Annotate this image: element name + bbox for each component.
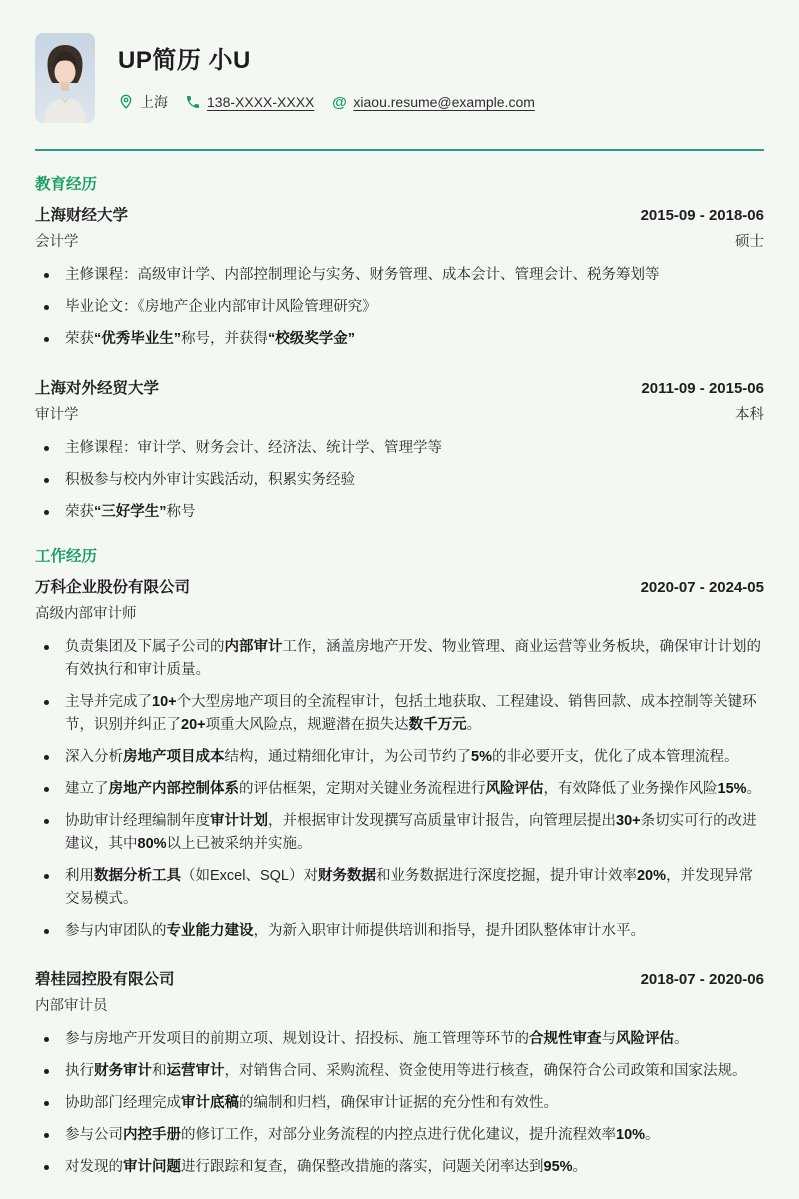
role-or-major: 内部审计员: [35, 994, 108, 1015]
bullet-item: 参与房地产开发项目的前期立项、规划设计、招投标、施工管理等环节的合规性审查与风险…: [35, 1028, 764, 1051]
bullet-item: 毕业论文：《房地产企业内部审计风险管理研究》: [35, 296, 764, 319]
bullet-item: 荣获“优秀毕业生”称号，并获得“校级奖学金”: [35, 328, 764, 351]
section-entries: 上海财经大学 2015-09 - 2018-06 会计学 硕士 主修课程：高级审…: [35, 203, 764, 523]
phone-link[interactable]: 138-XXXX-XXXX: [185, 94, 314, 110]
bullet-item: 参与公司内控手册的修订工作，对部分业务流程的内控点进行优化建议，提升流程效率10…: [35, 1124, 764, 1147]
entry-sub-row: 内部审计员: [35, 994, 764, 1015]
section-title: 教育经历: [35, 172, 764, 194]
bullet-item: 对发现的审计问题进行跟踪和复查，确保整改措施的落实，问题关闭率达到95%。: [35, 1156, 764, 1179]
bullet-item: 协助部门经理完成审计底稿的编制和归档，确保审计证据的充分性和有效性。: [35, 1092, 764, 1115]
bullet-text: 参与房地产开发项目的前期立项、规划设计、招投标、施工管理等环节的合规性审查与风险…: [65, 1031, 689, 1047]
experience-entry: 万科企业股份有限公司 2020-07 - 2024-05 高级内部审计师 负责集…: [35, 575, 764, 942]
date-range: 2020-07 - 2024-05: [641, 579, 764, 596]
bullet-text: 主导并完成了10+个大型房地产项目的全流程审计，包括土地获取、工程建设、销售回款…: [65, 694, 757, 733]
organization-name: 上海对外经贸大学: [35, 376, 159, 398]
bullet-list: 主修课程：高级审计学、内部控制理论与实务、财务管理、成本会计、管理会计、税务筹划…: [35, 264, 764, 351]
bullet-text: 对发现的审计问题进行跟踪和复查，确保整改措施的落实，问题关闭率达到95%。: [65, 1159, 587, 1175]
bullet-item: 深入分析房地产项目成本结构，通过精细化审计，为公司节约了5%的非必要开支，优化了…: [35, 746, 764, 769]
bullet-item: 主导并完成了10+个大型房地产项目的全流程审计，包括土地获取、工程建设、销售回款…: [35, 691, 764, 737]
resume-header: UP简历 小U 上海: [35, 30, 764, 123]
email-link[interactable]: @ xiaou.resume@example.com: [331, 94, 535, 110]
phone-icon: [185, 94, 201, 110]
bullet-list: 负责集团及下属子公司的内部审计工作，涵盖房地产开发、物业管理、商业运营等业务板块…: [35, 636, 764, 942]
bullet-text: 积极参与校内外审计实践活动，积累实务经验: [65, 472, 355, 488]
bullet-text: 参与内审团队的专业能力建设，为新入职审计师提供培训和指导，提升团队整体审计水平。: [65, 923, 645, 939]
bullet-item: 建立了房地产内部控制体系的评估框架，定期对关键业务流程进行风险评估，有效降低了业…: [35, 778, 764, 801]
bullet-item: 参与内审团队的专业能力建设，为新入职审计师提供培训和指导，提升团队整体审计水平。: [35, 920, 764, 943]
location-pin-icon: [118, 94, 134, 110]
experience-entry: 碧桂园控股有限公司 2018-07 - 2020-06 内部审计员 参与房地产开…: [35, 967, 764, 1179]
bullet-text: 建立了房地产内部控制体系的评估框架，定期对关键业务流程进行风险评估，有效降低了业…: [65, 781, 761, 797]
bullet-item: 荣获“三好学生”称号: [35, 501, 764, 524]
entry-sub-row: 会计学 硕士: [35, 230, 764, 251]
bullet-text: 深入分析房地产项目成本结构，通过精细化审计，为公司节约了5%的非必要开支，优化了…: [65, 749, 738, 765]
section-entries: 万科企业股份有限公司 2020-07 - 2024-05 高级内部审计师 负责集…: [35, 575, 764, 1179]
bullet-item: 执行财务审计和运营审计，对销售合同、采购流程、资金使用等进行核查，确保符合公司政…: [35, 1060, 764, 1083]
bullet-text: 荣获“优秀毕业生”称号，并获得“校级奖学金”: [65, 331, 355, 347]
bullet-text: 参与公司内控手册的修订工作，对部分业务流程的内控点进行优化建议，提升流程效率10…: [65, 1127, 660, 1143]
degree-or-level: 硕士: [735, 230, 764, 251]
date-range: 2018-07 - 2020-06: [641, 971, 764, 988]
role-or-major: 高级内部审计师: [35, 602, 137, 623]
role-or-major: 审计学: [35, 403, 79, 424]
experience-entry: 上海财经大学 2015-09 - 2018-06 会计学 硕士 主修课程：高级审…: [35, 203, 764, 351]
resume-page: UP简历 小U 上海: [0, 0, 799, 1199]
phone-text: 138-XXXX-XXXX: [207, 94, 314, 110]
header-text: UP简历 小U 上海: [118, 30, 535, 112]
bullet-item: 主修课程：高级审计学、内部控制理论与实务、财务管理、成本会计、管理会计、税务筹划…: [35, 264, 764, 287]
date-range: 2015-09 - 2018-06: [641, 207, 764, 224]
resume-body: 教育经历 上海财经大学 2015-09 - 2018-06 会计学 硕士 主修课…: [35, 172, 764, 1179]
email-text: xiaou.resume@example.com: [353, 94, 535, 110]
date-range: 2011-09 - 2015-06: [641, 380, 764, 397]
location-item: 上海: [118, 92, 168, 112]
section-title: 工作经历: [35, 544, 764, 566]
role-or-major: 会计学: [35, 230, 79, 251]
organization-name: 上海财经大学: [35, 203, 128, 225]
bullet-list: 主修课程：审计学、财务会计、经济法、统计学、管理学等 积极参与校内外审计实践活动…: [35, 437, 764, 524]
bullet-text: 荣获“三好学生”称号: [65, 504, 196, 520]
bullet-text: 利用数据分析工具（如Excel、SQL）对财务数据和业务数据进行深度挖掘，提升审…: [65, 868, 753, 907]
candidate-name: UP简历 小U: [118, 40, 535, 75]
entry-sub-row: 高级内部审计师: [35, 602, 764, 623]
bullet-text: 负责集团及下属子公司的内部审计工作，涵盖房地产开发、物业管理、商业运营等业务板块…: [65, 639, 761, 678]
bullet-item: 负责集团及下属子公司的内部审计工作，涵盖房地产开发、物业管理、商业运营等业务板块…: [35, 636, 764, 682]
bullet-text: 主修课程：审计学、财务会计、经济法、统计学、管理学等: [65, 440, 442, 456]
resume-section: 工作经历 万科企业股份有限公司 2020-07 - 2024-05 高级内部审计…: [35, 544, 764, 1179]
header-divider: [35, 149, 764, 151]
entry-title-row: 万科企业股份有限公司 2020-07 - 2024-05: [35, 575, 764, 597]
bullet-text: 执行财务审计和运营审计，对销售合同、采购流程、资金使用等进行核查，确保符合公司政…: [65, 1063, 747, 1079]
bullet-text: 主修课程：高级审计学、内部控制理论与实务、财务管理、成本会计、管理会计、税务筹划…: [65, 267, 660, 283]
bullet-item: 积极参与校内外审计实践活动，积累实务经验: [35, 469, 764, 492]
entry-title-row: 碧桂园控股有限公司 2018-07 - 2020-06: [35, 967, 764, 989]
bullet-text: 协助审计经理编制年度审计计划，并根据审计发现撰写高质量审计报告，向管理层提出30…: [65, 813, 757, 852]
entry-title-row: 上海财经大学 2015-09 - 2018-06: [35, 203, 764, 225]
organization-name: 碧桂园控股有限公司: [35, 967, 175, 989]
bullet-item: 主修课程：审计学、财务会计、经济法、统计学、管理学等: [35, 437, 764, 460]
entry-title-row: 上海对外经贸大学 2011-09 - 2015-06: [35, 376, 764, 398]
contact-row: 上海 138-XXXX-XXXX @ xiaou.resume@example.…: [118, 92, 535, 112]
resume-section: 教育经历 上海财经大学 2015-09 - 2018-06 会计学 硕士 主修课…: [35, 172, 764, 523]
location-text: 上海: [140, 92, 168, 112]
degree-or-level: 本科: [735, 403, 764, 424]
profile-photo: [35, 33, 95, 123]
bullet-text: 毕业论文：《房地产企业内部审计风险管理研究》: [65, 299, 377, 315]
bullet-item: 协助审计经理编制年度审计计划，并根据审计发现撰写高质量审计报告，向管理层提出30…: [35, 810, 764, 856]
profile-photo-illustration: [35, 33, 95, 123]
bullet-text: 协助部门经理完成审计底稿的编制和归档，确保审计证据的充分性和有效性。: [65, 1095, 558, 1111]
entry-sub-row: 审计学 本科: [35, 403, 764, 424]
experience-entry: 上海对外经贸大学 2011-09 - 2015-06 审计学 本科 主修课程：审…: [35, 376, 764, 524]
bullet-item: 利用数据分析工具（如Excel、SQL）对财务数据和业务数据进行深度挖掘，提升审…: [35, 865, 764, 911]
organization-name: 万科企业股份有限公司: [35, 575, 190, 597]
bullet-list: 参与房地产开发项目的前期立项、规划设计、招投标、施工管理等环节的合规性审查与风险…: [35, 1028, 764, 1179]
at-icon: @: [331, 94, 347, 110]
